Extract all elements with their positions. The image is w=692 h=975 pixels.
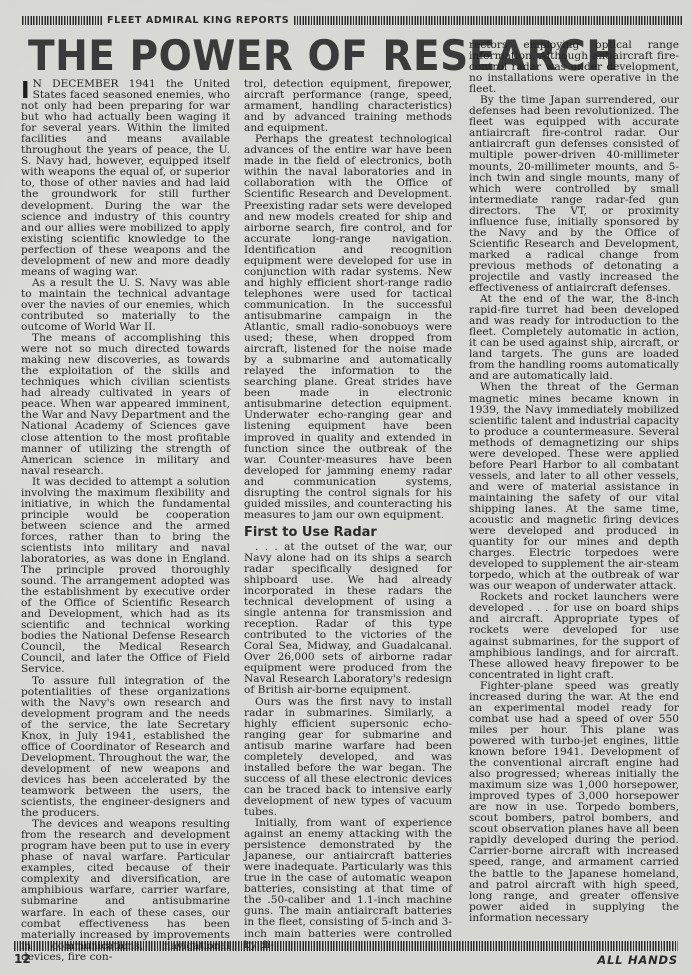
paragraph: Rockets and rocket launchers were develo… xyxy=(469,592,679,680)
paragraph: To assure full integration of the potent… xyxy=(21,676,230,820)
magazine-page: FLEET ADMIRAL KING REPORTS THE POWER OF … xyxy=(0,0,692,975)
paragraph: It was decided to attempt a solution inv… xyxy=(21,477,230,676)
paragraph: Initially, from want of experience again… xyxy=(244,818,452,951)
drop-cap: I xyxy=(21,81,30,101)
paragraph: At the end of the war, the 8-inch rapid-… xyxy=(469,294,679,382)
magazine-name: ALL HANDS xyxy=(597,953,678,967)
paragraph: By the time Japan surrendered, our defen… xyxy=(469,95,679,294)
section-header-bar: FLEET ADMIRAL KING REPORTS xyxy=(22,14,682,26)
article-column-1: IN DECEMBER 1941 the United States faced… xyxy=(21,79,230,963)
paragraph: Ours was the first navy to install radar… xyxy=(244,697,452,819)
article-title: THE POWER OF RESEARCH xyxy=(28,34,428,78)
paragraph: Perhaps the greatest technological advan… xyxy=(244,134,452,521)
subheading: First to Use Radar xyxy=(244,525,452,541)
paragraph: The means of accomplishing this were not… xyxy=(21,333,230,477)
article-column-3: rectors employing optical range informat… xyxy=(469,40,679,924)
paragraph-continued: rectors employing optical range informat… xyxy=(469,40,679,95)
paragraph-1: IN DECEMBER 1941 the United States faced… xyxy=(21,79,230,278)
article-column-2: trol, detection equipment, firepower, ai… xyxy=(244,79,452,951)
header-rule-right xyxy=(294,16,682,25)
paragraph: As a result the U. S. Navy was able to m… xyxy=(21,278,230,333)
section-label: FLEET ADMIRAL KING REPORTS xyxy=(102,15,294,26)
paragraph-continued: trol, detection equipment, firepower, ai… xyxy=(244,79,452,134)
page-number: 12 xyxy=(14,952,31,966)
paragraph: When the threat of the German magnetic m… xyxy=(469,382,679,592)
header-rule-left xyxy=(22,16,102,25)
paragraph: . . . at the outset of the war, our Navy… xyxy=(244,542,452,697)
footer-rule xyxy=(14,941,678,951)
paragraph: Fighter-plane speed was greatly increase… xyxy=(469,681,679,924)
